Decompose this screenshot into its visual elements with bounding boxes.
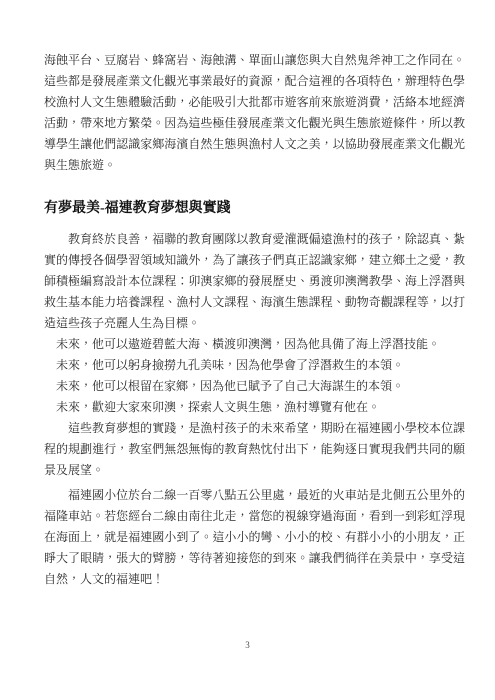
paragraph-education-team: 教育終於良善，福聯的教育團隊以教育愛灌溉偏遠漁村的孩子，除認真、紮實的傳授各個學…: [44, 229, 465, 334]
future-line-swim: 未來，他可以遨遊碧藍大海、橫渡卯澳灣，因為他具備了海上浮潛技能。: [44, 334, 465, 355]
future-line-welcome: 未來，歡迎大家來卯澳，探索人文與生態，漁村導覽有他在。: [44, 397, 465, 418]
future-line-abalone: 未來，他可以躬身撿撈九孔美味，因為他學會了浮潛救生的本領。: [44, 355, 465, 376]
paragraph-school-location: 福連國小位於台二線一百零八點五公里處，最近的火車站是北側五公里外的福隆車站。若您…: [44, 485, 465, 590]
future-lines-block: 未來，他可以遨遊碧藍大海、橫渡卯澳灣，因為他具備了海上浮潛技能。 未來，他可以躬…: [44, 334, 465, 418]
document-body: 海蝕平台、豆腐岩、蜂窩岩、海蝕溝、單面山讓您與大自然鬼斧神工之作同在。這些都是發…: [44, 50, 465, 590]
paragraph-coastal-resources: 海蝕平台、豆腐岩、蜂窩岩、海蝕溝、單面山讓您與大自然鬼斧神工之作同在。這些都是發…: [44, 50, 465, 176]
page-number: 3: [0, 639, 495, 651]
paragraph-dream-practice: 這些教育夢想的實踐，是漁村孩子的未來希望，期盼在福連國小學校本位課程的規劃進行，…: [44, 418, 465, 481]
document-page: 海蝕平台、豆腐岩、蜂窩岩、海蝕溝、單面山讓您與大自然鬼斧神工之作同在。這些都是發…: [0, 0, 495, 700]
future-line-hometown: 未來，他可以根留在家鄉，因為他已賦予了自己大海謀生的本領。: [44, 376, 465, 397]
section-heading: 有夢最美-福連教育夢想與實踐: [44, 198, 465, 219]
